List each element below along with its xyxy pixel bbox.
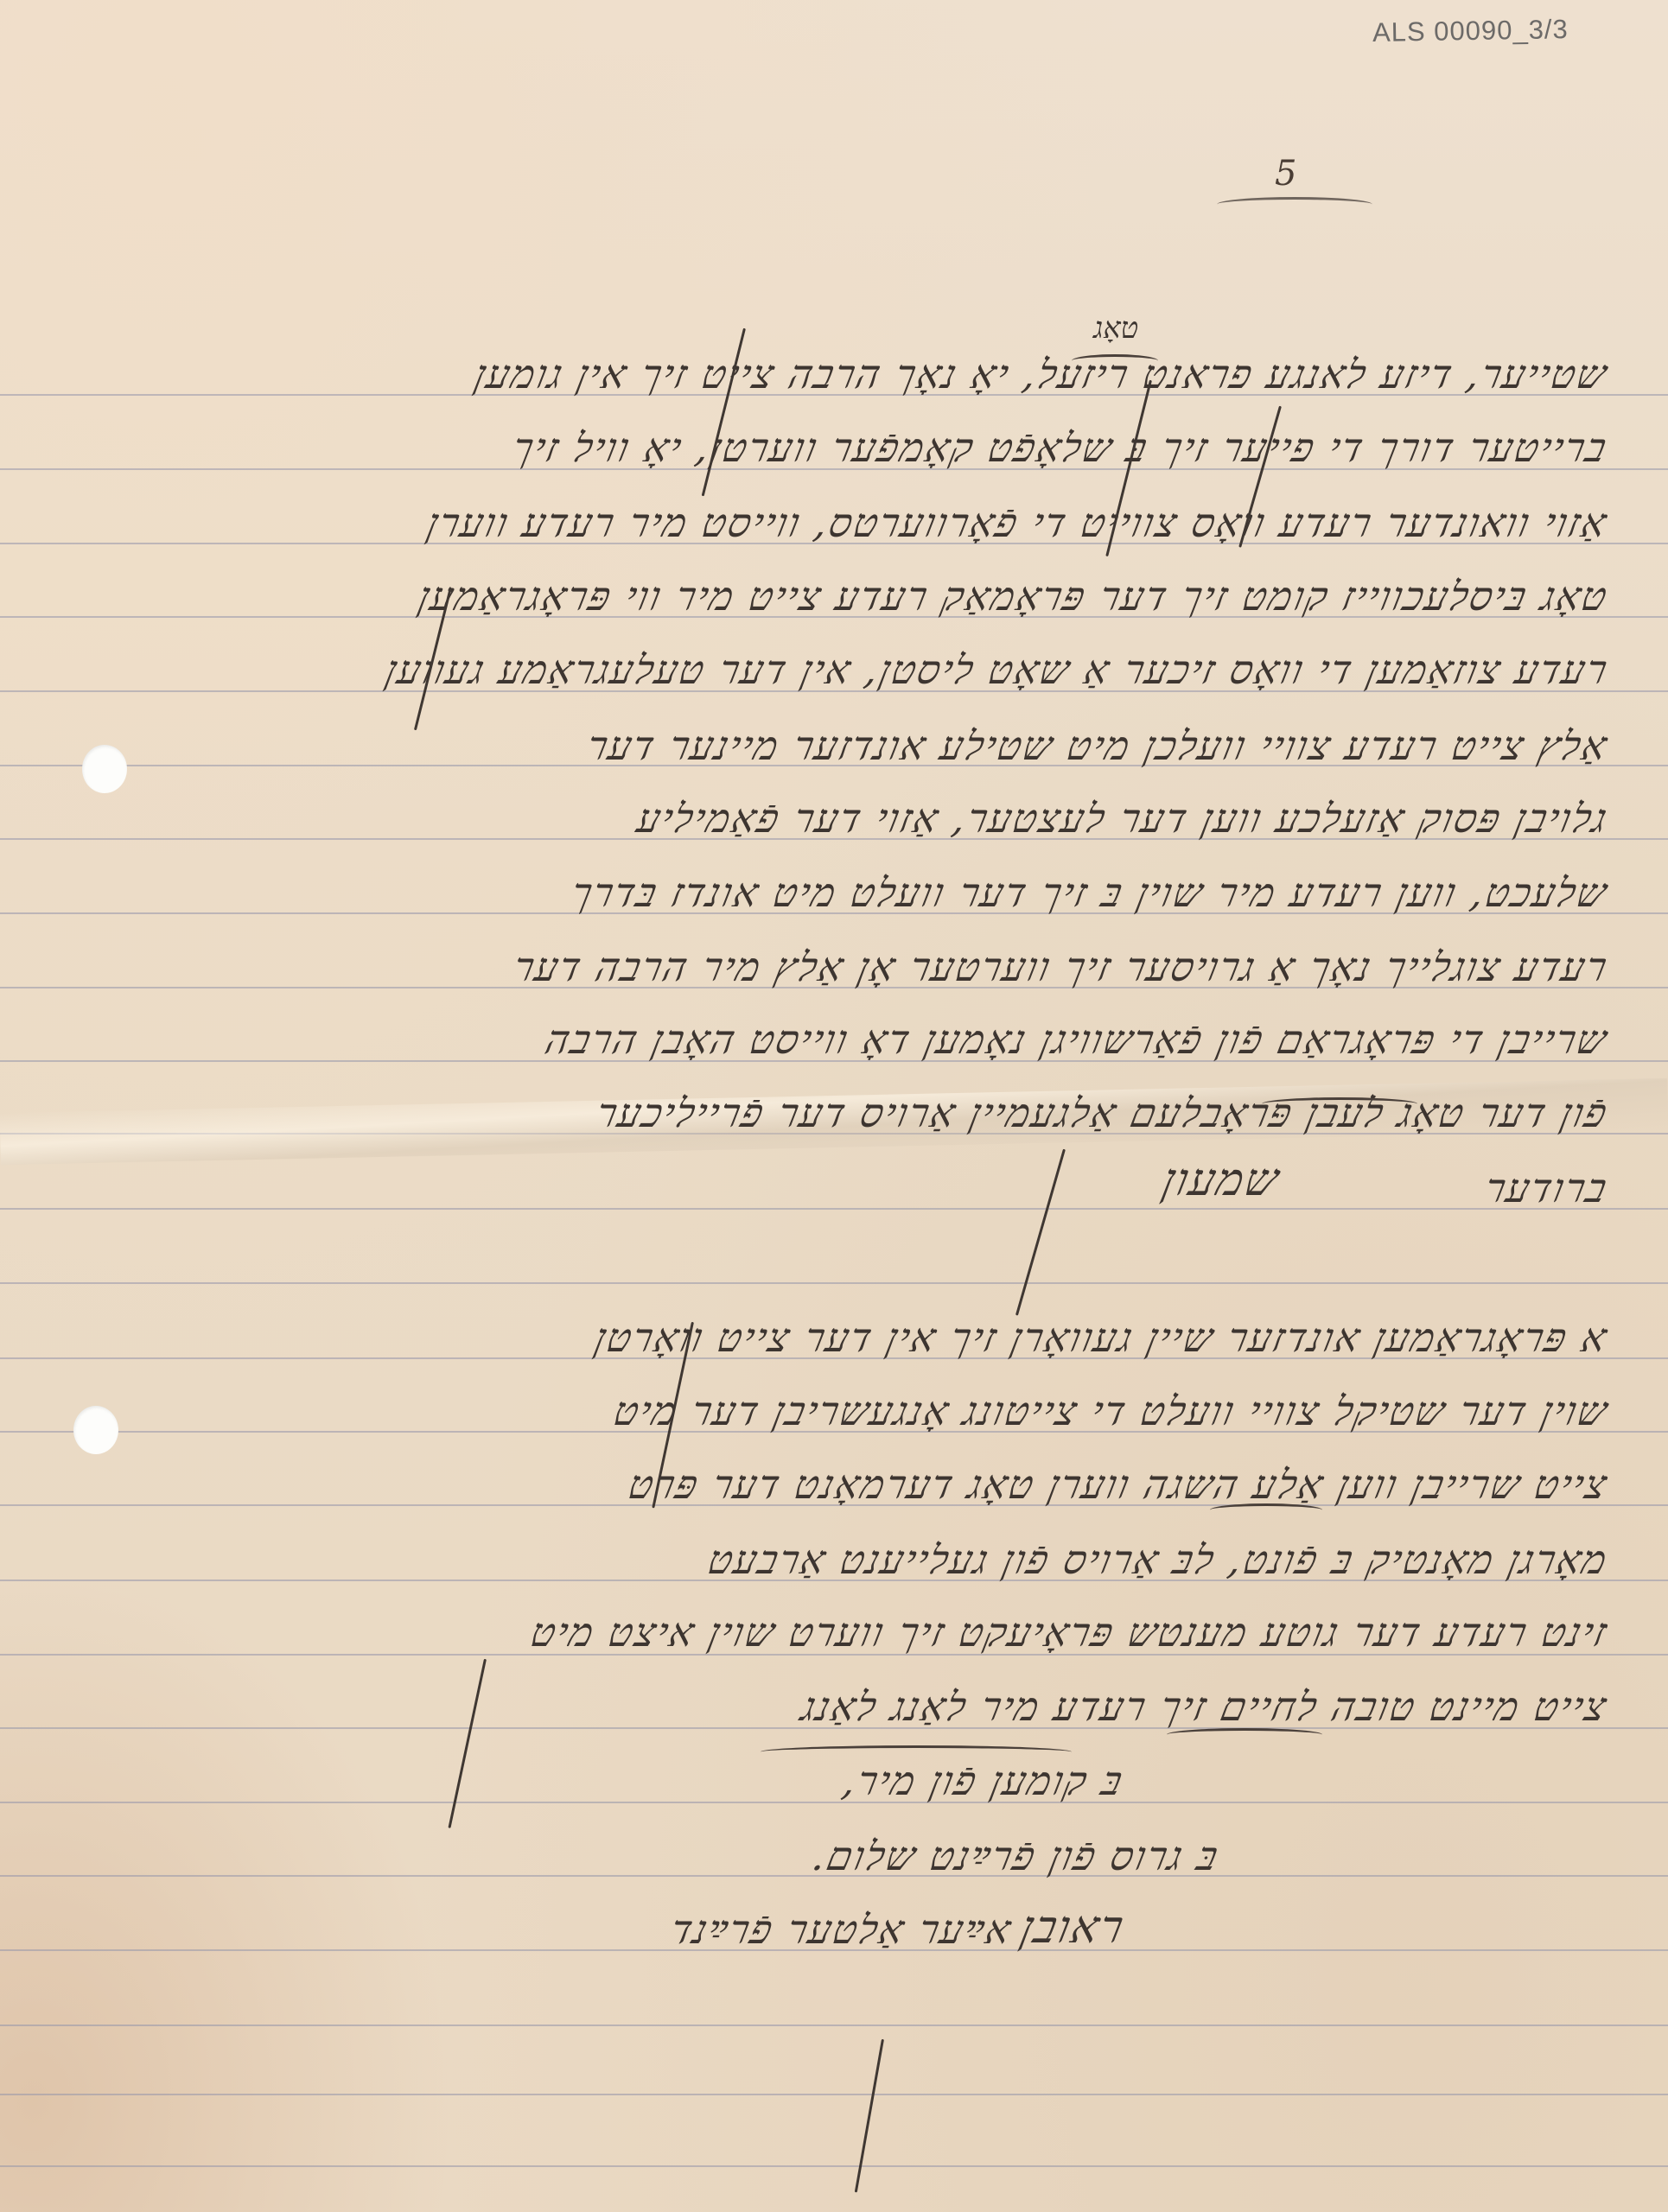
handwritten-line: זינט רעדע דער גוטע מענטש פּראָיעקט זיך ו… [527, 1612, 1612, 1652]
handwritten-line: טאָג בּיסלעכווייז קומט זיך דער פּראָמאַק… [415, 576, 1612, 616]
handwritten-line: אַזוי וואונדער רעדע וואָס צווייט די פֿאָ… [423, 503, 1611, 543]
ruled-line [0, 1282, 1668, 1284]
interlinear-note: טאָג [1093, 311, 1138, 346]
handwritten-line: שלעכט, ווען רעדע מיר שוין בּ זיך דער ווע… [569, 873, 1612, 912]
handwritten-line: רעדע צוגלייך נאָך אַ גרויסער זיך ווערטער… [510, 947, 1612, 987]
punch-hole [73, 1406, 118, 1454]
handwritten-line: פֿון דער טאָג לעבן פּראָבלעם אַלגעמיין א… [593, 1093, 1612, 1133]
handwritten-line: שוין דער שטיקל צוויי וועלט די צייטונג אָ… [610, 1391, 1612, 1431]
letter-page: ALS 00090_3/3 5 טאָג שטייער, דיזע לאנגע … [0, 0, 1668, 2212]
underline-flourish [1167, 1728, 1322, 1741]
handwritten-line: בּ גרוס פֿון פֿרײַנט שלום. [809, 1836, 1223, 1876]
ruled-line [0, 2165, 1668, 2167]
handwritten-line: גלויבן פּסוק אַזעלכע ווען דער לעצטער, אַ… [633, 798, 1612, 838]
closing-line: אײַער אַלטער פֿרײַנד [667, 1910, 1015, 1949]
ruled-line [0, 1208, 1668, 1210]
signature: שמעון [1159, 1158, 1284, 1203]
archive-label: ALS 00090_3/3 [1372, 14, 1569, 48]
punch-hole [82, 745, 127, 793]
handwritten-line: מאָרגן מאָנטיק בּ פֿונט, לבּ אַרויס פֿון… [704, 1540, 1612, 1580]
handwritten-line: צייט מיינט טובה לחיים זיך רעדע מיר לאַנג… [798, 1687, 1611, 1726]
handwritten-line: שטייער, דיזע לאנגע פראנט ריזעל, יאָ נאָך… [472, 354, 1612, 394]
handwritten-line: א פּראָגראַמען אונדזער שיין געוואָרן זיך… [591, 1318, 1612, 1357]
handwritten-line: רעדע צוזאַמען די וואָס זיכער אַ שאָט ליס… [382, 650, 1612, 690]
descender-stroke [448, 1659, 487, 1828]
page-number: 5 [1275, 154, 1296, 194]
handwritten-line: ברייטער דורך די פייער זיך בּ שלאָפֿט קאָ… [510, 428, 1612, 467]
ruled-line [0, 1802, 1668, 1803]
ruled-line [0, 2024, 1668, 2026]
descender-stroke [855, 2039, 884, 2193]
handwritten-line: ברודער [1481, 1168, 1612, 1208]
underline-flourish [761, 1745, 1072, 1758]
underline-flourish [1262, 1097, 1417, 1110]
page-number-underline [1217, 197, 1372, 212]
descender-stroke [1015, 1149, 1066, 1316]
underline-flourish [1210, 1503, 1322, 1516]
ruled-line [0, 2094, 1668, 2095]
handwritten-line: בּ קומען פֿון מיר, [840, 1761, 1128, 1801]
handwritten-line: שרייבן די פּראָגראַם פֿון פֿאַרשוויגן נא… [542, 1020, 1611, 1059]
handwritten-line: צייט שרייבן ווען אַלע השגה ווערן טאָג דע… [625, 1465, 1612, 1504]
signature: ראובן [1016, 1905, 1128, 1950]
handwritten-line: אַלץ צייט רעדע צוויי וועלכן מיט שטילע או… [583, 726, 1612, 766]
